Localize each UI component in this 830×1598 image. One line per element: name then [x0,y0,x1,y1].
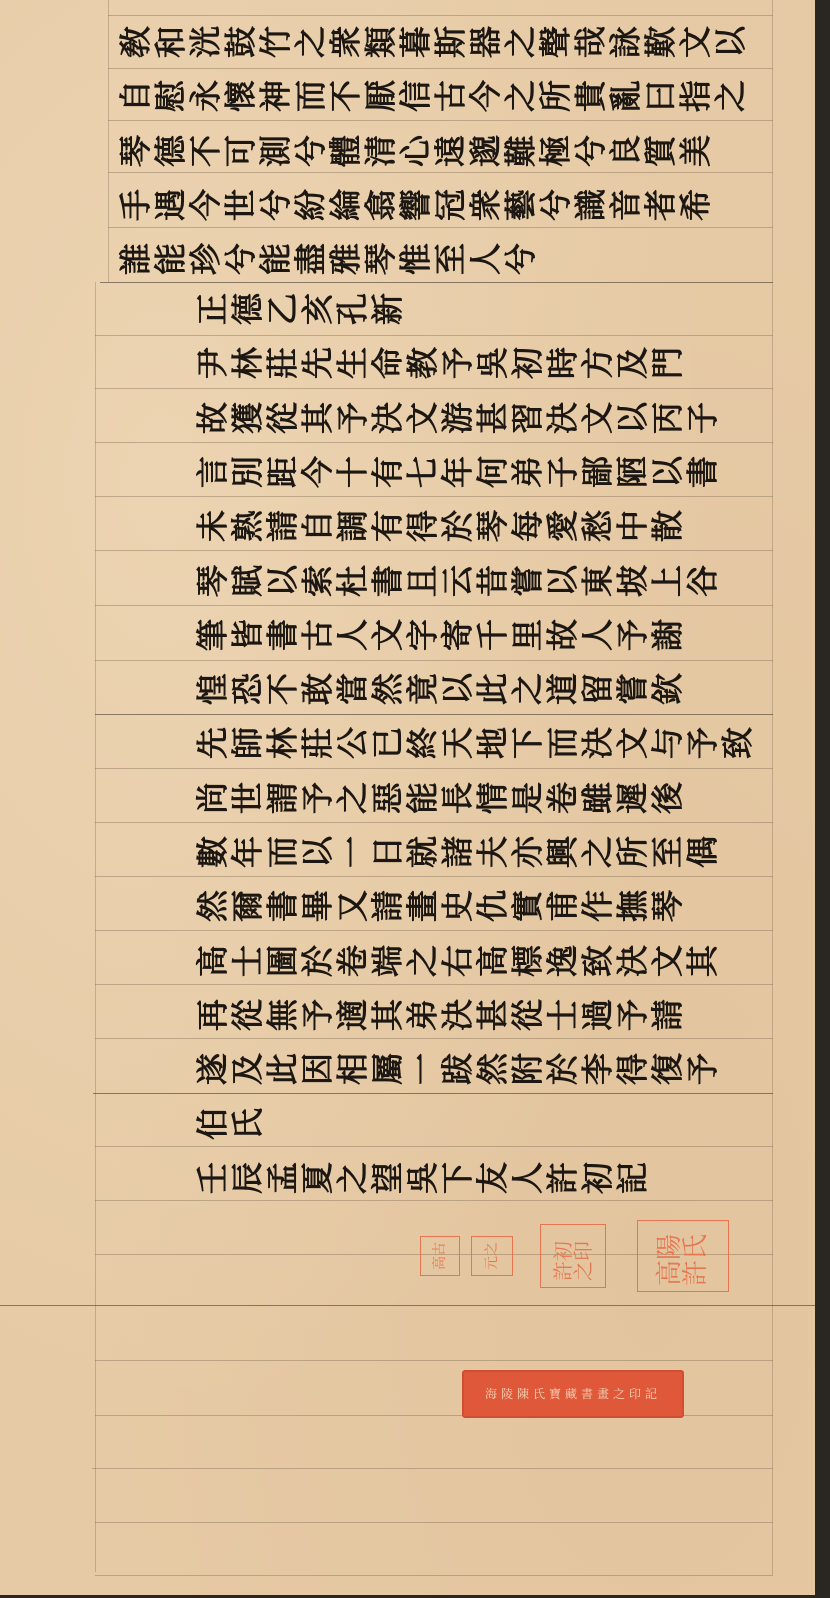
seal-text: 許初之印 [553,1231,593,1281]
text-column: 言別距今十有七年何弟子鄙陋以書 [195,445,720,499]
glyph: 新 [366,292,410,327]
text-column: 敎和洸鼓竹之衆類暮斯器之聲哉詠歎文以 [118,15,748,69]
text-column: 高士圖於卷端之右高標逸致決文其 [195,934,720,988]
text-column: 尹林莊先生命教予吳初時方及門 [195,336,685,390]
glyph: 門 [646,346,690,381]
seal-collector-long: 海陵陳氏寶藏書畫之印記 [462,1370,684,1418]
text-column: 自慰永懷神而不厭信古今之所貴亂曰指之 [118,69,748,123]
text-column: 故獲從其予決文游甚習決文以丙子 [195,391,720,445]
glyph: 美 [674,133,718,168]
glyph: 記 [611,1160,655,1195]
text-column: 再從無予適其弟決甚從士過予請 [195,988,685,1042]
scroll-paper: 敎和洸鼓竹之衆類暮斯器之聲哉詠歎文以自慰永懷神而不厭信古今之所貴亂曰指之琴德不可… [0,0,815,1595]
text-column: 正德乙亥孔新 [195,282,405,336]
text-column: 手遇今世兮紛綸翕響冠衆藝兮識音者希 [118,178,713,232]
text-column: 筆皆書古人文字寄千里故人予謝 [195,608,685,662]
grid-line [0,1305,815,1306]
text-column: 先師林莊公已終天地下而決文与予致 [195,716,755,770]
glyph: 希 [674,187,718,222]
text-column: 未熟請自調有得於琴每愛愁中散 [195,499,685,553]
text-column: 誰能珍兮能盡雅琴惟至人兮 [118,232,538,286]
glyph: 書 [681,454,725,489]
text-column: 琴賦以索杜書且云昔嘗以東坡上谷 [195,554,720,608]
glyph: 謝 [646,617,690,652]
grid-line [95,1360,773,1361]
glyph: 兮 [499,242,543,277]
text-column: 遂及此因相屬一跋然附於李得復予 [195,1042,720,1096]
seal-medium: 許初之印 [540,1224,606,1288]
text-column: 惶恐不敢當然竟以此之道留嘗欽 [195,662,685,716]
text-column: 數年而以一日就諸夫亦興之所至偶 [195,825,720,879]
seal-small-2: 元之 [471,1236,513,1276]
seal-small-1: 高古 [420,1236,460,1276]
glyph: 予 [681,1052,725,1087]
grid-line [92,1468,773,1469]
seal-text: 高古 [433,1242,447,1270]
left-border-lower [95,282,96,1572]
text-column: 伯氏 [195,1097,265,1151]
grid-line [95,1575,773,1576]
glyph: 谷 [681,563,725,598]
seal-text: 高陽許氏 [657,1226,709,1286]
glyph: 琴 [646,889,690,924]
seal-large: 高陽許氏 [637,1220,729,1292]
grid-line [95,1522,773,1523]
glyph: 請 [646,997,690,1032]
glyph: 以 [709,25,753,60]
glyph: 欽 [646,672,690,707]
glyph: 散 [646,509,690,544]
seal-text: 海陵陳氏寶藏書畫之印記 [485,1388,661,1400]
left-border-upper [108,0,109,282]
glyph: 子 [681,400,725,435]
glyph: 其 [681,943,725,978]
seal-text: 元之 [485,1242,499,1270]
glyph: 偶 [681,835,725,870]
glyph: 後 [646,780,690,815]
text-column: 尚世謂予之惡能長情是卷雖遲後 [195,771,685,825]
text-column: 然爾書畢又請畫史仇實甫作撫琴 [195,879,685,933]
right-border [772,0,773,1575]
text-column: 琴德不可測兮體清心遠邈難極兮良質美 [118,124,713,178]
text-column: 壬辰孟夏之望吳下友人許初記 [195,1151,650,1205]
glyph: 致 [716,726,760,761]
glyph: 之 [709,79,753,114]
glyph: 氏 [226,1106,270,1141]
